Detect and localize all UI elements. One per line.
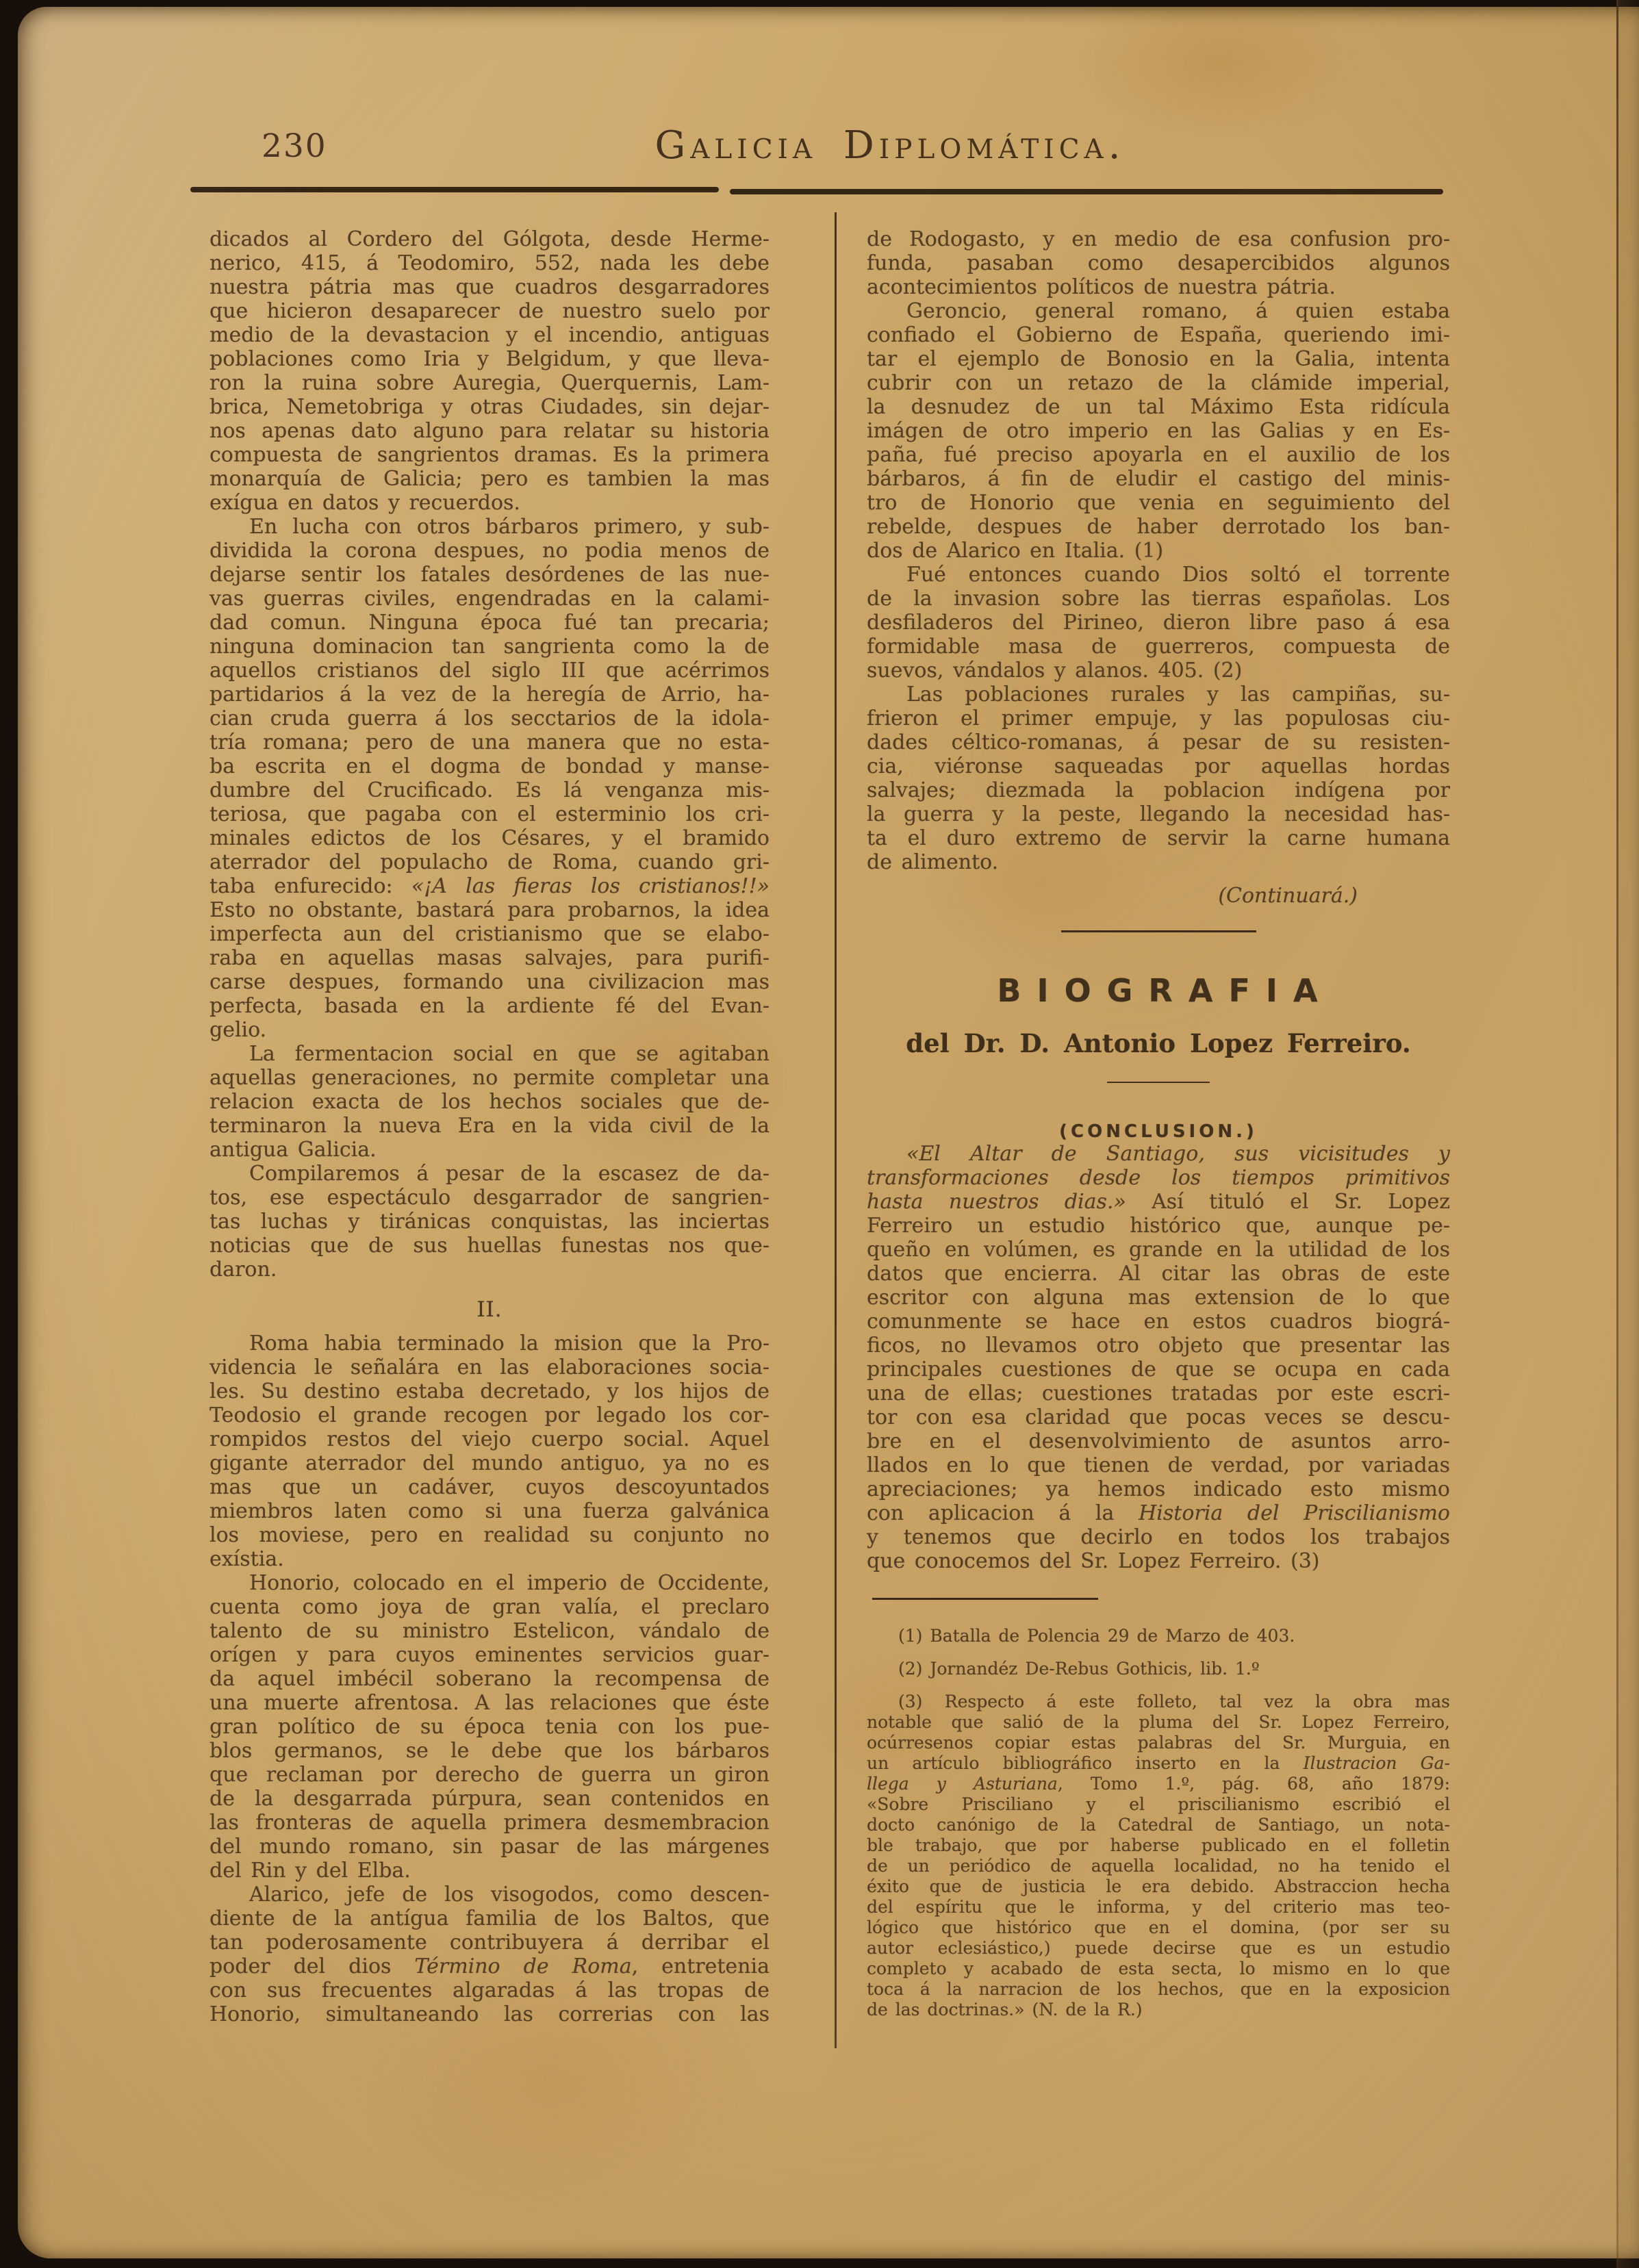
text-line: brica, Nemetobriga y otras Ciudades, sin… bbox=[209, 395, 770, 419]
text-line: del mundo romano, sin pasar de las márge… bbox=[209, 1835, 770, 1859]
text-line: de un periódico de aquella localidad, no… bbox=[867, 1856, 1450, 1876]
left-column: dicados al Cordero del Gólgota, desde He… bbox=[209, 227, 770, 2026]
article-subtitle: del Dr. D. Antonio Lopez Ferreiro. bbox=[867, 1028, 1450, 1058]
text-line: de las doctrinas.» (N. de la R.) bbox=[867, 2000, 1450, 2020]
text-line: tas luchas y tiránicas conquistas, las i… bbox=[209, 1210, 770, 1234]
text-line: nuestra pátria mas que cuadros desgarrad… bbox=[209, 275, 770, 299]
text-line: raba en aquellas masas salvajes, para pu… bbox=[209, 946, 770, 970]
subtitle-rule bbox=[1107, 1082, 1210, 1083]
text-line: monarquía de Galicia; pero es tambien la… bbox=[209, 467, 770, 491]
text-line: mas que un cadáver, cuyos descoyuntados bbox=[209, 1475, 770, 1499]
text-line: tos, ese espectáculo desgarrador de sang… bbox=[209, 1186, 770, 1210]
text-line: Honorio, simultaneando las correrias con… bbox=[209, 2002, 770, 2026]
text-line: bárbaros, á fin de eludir el castigo del… bbox=[867, 467, 1450, 491]
section-divider-rule bbox=[1061, 930, 1256, 932]
text-line: de la invasion sobre las tierras español… bbox=[867, 587, 1450, 611]
text-line: llados en lo que tienen de verdad, por v… bbox=[867, 1453, 1450, 1477]
text-line: ron la ruina sobre Auregia, Querquernis,… bbox=[209, 371, 770, 395]
text-line: imperfecta aun del cristianismo que se e… bbox=[209, 922, 770, 946]
text-line: (1) Batalla de Polencia 29 de Marzo de 4… bbox=[867, 1626, 1450, 1646]
text-line: nerico, 415, á Teodomiro, 552, nada les … bbox=[209, 251, 770, 275]
paragraph: Las poblaciones rurales y las campiñas, … bbox=[867, 683, 1450, 874]
text-line: que hicieron desaparecer de nuestro suel… bbox=[209, 299, 770, 323]
text-line: cubrir con un retazo de la clámide imper… bbox=[867, 371, 1450, 395]
text-line: suevos, vándalos y alanos. 405. (2) bbox=[867, 659, 1450, 683]
text-line: salvajes; diezmada la poblacion indígena… bbox=[867, 778, 1450, 802]
text-line: Roma habia terminado la mision que la Pr… bbox=[209, 1332, 770, 1355]
text-line: tría romana; pero de una manera que no e… bbox=[209, 730, 770, 754]
footnote-2: (2) Jornandéz De-Rebus Gothicis, lib. 1.… bbox=[867, 1659, 1450, 1679]
text-line: dos de Alarico en Italia. (1) bbox=[867, 539, 1450, 563]
text-line: exígua en datos y recuerdos. bbox=[209, 491, 770, 515]
text-line: completo y acabado de esta secta, lo mis… bbox=[867, 1959, 1450, 1979]
text-line: Geroncio, general romano, á quien estaba bbox=[867, 299, 1450, 323]
text-line: principales cuestiones de que se ocupa e… bbox=[867, 1358, 1450, 1381]
text-line: del Rin y del Elba. bbox=[209, 1859, 770, 1883]
text-line: de la desgarrada púrpura, sean contenido… bbox=[209, 1787, 770, 1811]
text-line: Alarico, jefe de los visogodos, como des… bbox=[209, 1883, 770, 1907]
text-line: poblaciones como Iria y Belgidum, y que … bbox=[209, 347, 770, 371]
text-line: dad comun. Ninguna época fué tan precari… bbox=[209, 611, 770, 635]
paragraph-continuation: de Rodogasto, y en medio de esa confusio… bbox=[867, 227, 1450, 299]
header-rule-left bbox=[190, 187, 719, 192]
text-line: lógico que histórico que en el domina, (… bbox=[867, 1917, 1450, 1938]
text-line: autor eclesiástico,) puede decirse que e… bbox=[867, 1938, 1450, 1959]
text-line: «El Altar de Santiago, sus vicisitudes y bbox=[867, 1142, 1450, 1166]
text-line: la guerra y la peste, llegando la necesi… bbox=[867, 802, 1450, 826]
text-line: miembros laten como si una fuerza galván… bbox=[209, 1499, 770, 1523]
text-line: Fué entonces cuando Dios soltó el torren… bbox=[867, 563, 1450, 587]
text-line: aterrador del populacho de Roma, cuando … bbox=[209, 850, 770, 874]
text-line: poder del dios Término de Roma, entreten… bbox=[209, 1954, 770, 1978]
text-line: dicados al Cordero del Gólgota, desde He… bbox=[209, 227, 770, 251]
text-line: ba escrita en el dogma de bondad y manse… bbox=[209, 754, 770, 778]
text-line: noticias que de sus huellas funestas nos… bbox=[209, 1234, 770, 1258]
text-line: videncia le señalára en las elaboracione… bbox=[209, 1355, 770, 1379]
text-line: datos que encierra. Al citar las obras d… bbox=[867, 1262, 1450, 1286]
text-line: aquellas generaciones, no permite comple… bbox=[209, 1066, 770, 1090]
text-line: relacion exacta de los hechos sociales q… bbox=[209, 1090, 770, 1114]
right-column: de Rodogasto, y en medio de esa confusio… bbox=[867, 227, 1450, 2020]
text-line: docto canónigo de la Catedral de Santiag… bbox=[867, 1815, 1450, 1835]
text-line: daron. bbox=[209, 1258, 770, 1282]
paragraph: Honorio, colocado en el imperio de Occid… bbox=[209, 1571, 770, 1883]
text-line: compuesta de sangrientos dramas. Es la p… bbox=[209, 443, 770, 467]
text-line: imágen de otro imperio en las Galias y e… bbox=[867, 419, 1450, 443]
text-line: funda, pasaban como desapercibidos algun… bbox=[867, 251, 1450, 275]
text-line: una de ellas; cuestiones tratadas por es… bbox=[867, 1381, 1450, 1405]
text-line: una muerte afrentosa. A las relaciones q… bbox=[209, 1691, 770, 1715]
text-line: cian cruda guerra á los secctarios de la… bbox=[209, 706, 770, 730]
text-line: que reclaman por derecho de guerra un gi… bbox=[209, 1763, 770, 1787]
text-line: acontecimientos políticos de nuestra pát… bbox=[867, 275, 1450, 299]
text-line: aquellos cristianos del siglo III que ac… bbox=[209, 659, 770, 683]
text-line: exístia. bbox=[209, 1547, 770, 1571]
text-line: (2) Jornandéz De-Rebus Gothicis, lib. 1.… bbox=[867, 1659, 1450, 1679]
text-line: partidarios á la vez de la heregía de Ar… bbox=[209, 683, 770, 706]
paragraph: Fué entonces cuando Dios soltó el torren… bbox=[867, 563, 1450, 683]
column-divider-rule bbox=[835, 212, 837, 2048]
text-line: (3) Respecto á este folleto, tal vez la … bbox=[867, 1692, 1450, 1712]
scanned-page: 230 Galicia Diplomática. dicados al Cord… bbox=[18, 7, 1639, 2258]
text-line: confiado el Gobierno de España, queriend… bbox=[867, 323, 1450, 347]
text-line: éxito que de justicia le era debido. Abs… bbox=[867, 1876, 1450, 1897]
text-line: En lucha con otros bárbaros primero, y s… bbox=[209, 515, 770, 539]
text-line: carse despues, formando una civilizacion… bbox=[209, 970, 770, 994]
journal-title: Galicia Diplomática. bbox=[305, 123, 1475, 168]
text-line: con aplicacion á la Historia del Priscil… bbox=[867, 1501, 1450, 1525]
text-line: escritor con alguna mas extension de lo … bbox=[867, 1286, 1450, 1310]
text-line: la desnudez de un tal Máximo Esta ridícu… bbox=[867, 395, 1450, 419]
text-line: dividida la corona despues, no podia men… bbox=[209, 539, 770, 563]
paragraph: «El Altar de Santiago, sus vicisitudes y… bbox=[867, 1142, 1450, 1573]
text-line: teriosa, que pagaba con el esterminio lo… bbox=[209, 802, 770, 826]
paragraph-continuation: dicados al Cordero del Gólgota, desde He… bbox=[209, 227, 770, 515]
text-line: ocúrresenos copiar estas palabras del Sr… bbox=[867, 1733, 1450, 1753]
paragraph: La fermentacion social en que se agitaba… bbox=[209, 1042, 770, 1162]
text-line: vas guerras civiles, engendradas en la c… bbox=[209, 587, 770, 611]
text-line: diente de la antígua familia de los Balt… bbox=[209, 1907, 770, 1931]
header-rule-right bbox=[730, 189, 1443, 194]
text-line: cuenta como joya de gran valía, el precl… bbox=[209, 1595, 770, 1619]
text-line: ficos, no llevamos otro objeto que prese… bbox=[867, 1334, 1450, 1358]
text-line: paña, fué preciso apoyarla en el auxilio… bbox=[867, 443, 1450, 467]
paragraph: Roma habia terminado la mision que la Pr… bbox=[209, 1332, 770, 1571]
paragraph: Geroncio, general romano, á quien estaba… bbox=[867, 299, 1450, 563]
text-line: gelio. bbox=[209, 1018, 770, 1042]
text-line: Ferreiro un estudio histórico que, aunqu… bbox=[867, 1214, 1450, 1238]
text-line: Esto no obstante, bastará para probarnos… bbox=[209, 898, 770, 922]
paragraph: Compilaremos á pesar de la escasez de da… bbox=[209, 1162, 770, 1282]
paragraph: En lucha con otros bárbaros primero, y s… bbox=[209, 515, 770, 1042]
paragraph: Alarico, jefe de los visogodos, como des… bbox=[209, 1883, 770, 2026]
text-line: dumbre del Crucificado. Es lá venganza m… bbox=[209, 778, 770, 802]
text-line: llega y Asturiana, Tomo 1.º, pág. 68, añ… bbox=[867, 1774, 1450, 1794]
text-line: queño en volúmen, es grande en la utilid… bbox=[867, 1238, 1450, 1262]
text-line: formidable masa de guerreros, compuesta … bbox=[867, 635, 1450, 659]
text-line: Las poblaciones rurales y las campiñas, … bbox=[867, 683, 1450, 706]
text-line: «Sobre Prisciliano y el priscilianismo e… bbox=[867, 1794, 1450, 1815]
text-line: con sus frecuentes algaradas á las tropa… bbox=[209, 1978, 770, 2002]
text-line: tor con esa claridad que pocas veces se … bbox=[867, 1405, 1450, 1429]
text-line: toca á la narracion de los hechos, que e… bbox=[867, 1979, 1450, 2000]
section-heading: II. bbox=[209, 1298, 770, 1322]
text-line: ta el duro extremo de servir la carne hu… bbox=[867, 826, 1450, 850]
text-line: desfiladeros del Pirineo, dieron libre p… bbox=[867, 611, 1450, 635]
text-line: antigua Galicia. bbox=[209, 1138, 770, 1162]
text-line: de Rodogasto, y en medio de esa confusio… bbox=[867, 227, 1450, 251]
text-line: tan poderosamente contribuyera á derriba… bbox=[209, 1931, 770, 1954]
text-line: terminaron la nueva Era en la vida civil… bbox=[209, 1114, 770, 1138]
text-line: y tenemos que decirlo en todos los traba… bbox=[867, 1525, 1450, 1549]
text-line: transformaciones desde los tiempos primi… bbox=[867, 1166, 1450, 1190]
footnote-1: (1) Batalla de Polencia 29 de Marzo de 4… bbox=[867, 1626, 1450, 1646]
text-line: del espíritu que le informa, y del crite… bbox=[867, 1897, 1450, 1917]
text-line: gigante aterrador del mundo antiguo, ya … bbox=[209, 1451, 770, 1475]
text-line: orígen y para cuyos eminentes servicios … bbox=[209, 1643, 770, 1667]
text-line: minales edictos de los Césares, y el bra… bbox=[209, 826, 770, 850]
footnote-3: (3) Respecto á este folleto, tal vez la … bbox=[867, 1692, 1450, 2020]
text-line: talento de su ministro Estelicon, vándal… bbox=[209, 1619, 770, 1643]
text-line: tro de Honorio que venia en seguimiento … bbox=[867, 491, 1450, 515]
footnote-rule bbox=[872, 1598, 1098, 1600]
text-line: un artículo bibliográfico inserto en la … bbox=[867, 1753, 1450, 1774]
text-line: las fronteras de aquella primera desmemb… bbox=[209, 1811, 770, 1835]
text-line: tar el ejemplo de Bonosio en la Galia, i… bbox=[867, 347, 1450, 371]
text-line: cia, viéronse saqueadas por aquellas hor… bbox=[867, 754, 1450, 778]
text-line: rompidos restos del viejo cuerpo social.… bbox=[209, 1427, 770, 1451]
text-line: frieron el primer empuje, y las populosa… bbox=[867, 706, 1450, 730]
text-line: bre en el desenvolvimiento de asuntos ar… bbox=[867, 1429, 1450, 1453]
text-line: de alimento. bbox=[867, 850, 1450, 874]
text-line: Teodosio el grande recogen por legado lo… bbox=[209, 1403, 770, 1427]
text-line: que conocemos del Sr. Lopez Ferreiro. (3… bbox=[867, 1549, 1450, 1573]
text-line: rebelde, despues de haber derrotado los … bbox=[867, 515, 1450, 539]
text-line: da aquel imbécil soberano la recompensa … bbox=[209, 1667, 770, 1691]
text-line: perfecta, basada en la ardiente fé del E… bbox=[209, 994, 770, 1018]
text-line: nos apenas dato alguno para relatar su h… bbox=[209, 419, 770, 443]
article-title: BIOGRAFIA bbox=[867, 972, 1450, 1009]
text-line: Honorio, colocado en el imperio de Occid… bbox=[209, 1571, 770, 1595]
text-line: gran político de su época tenia con los … bbox=[209, 1715, 770, 1739]
continuation-note: (Continuará.) bbox=[867, 882, 1450, 910]
text-line: medio de la devastacion y el incendio, a… bbox=[209, 323, 770, 347]
text-line: La fermentacion social en que se agitaba… bbox=[209, 1042, 770, 1066]
text-line: blos germanos, se le debe que los bárbar… bbox=[209, 1739, 770, 1763]
text-line: Compilaremos á pesar de la escasez de da… bbox=[209, 1162, 770, 1186]
text-line: ninguna dominacion tan sangrienta como l… bbox=[209, 635, 770, 659]
text-line: hasta nuestros dias.» Así tituló el Sr. … bbox=[867, 1190, 1450, 1214]
text-line: comunmente se hace en estos cuadros biog… bbox=[867, 1310, 1450, 1334]
conclusion-label: (CONCLUSION.) bbox=[867, 1121, 1450, 1142]
page-edge-shadow bbox=[1618, 0, 1639, 2268]
text-line: los moviese, pero en realidad su conjunt… bbox=[209, 1523, 770, 1547]
text-line: notable que salió de la pluma del Sr. Lo… bbox=[867, 1712, 1450, 1733]
text-line: dades céltico-romanas, á pesar de su res… bbox=[867, 730, 1450, 754]
text-line: ble trabajo, que por haberse publicado e… bbox=[867, 1835, 1450, 1856]
text-line: dejarse sentir los fatales desórdenes de… bbox=[209, 563, 770, 587]
text-line: taba enfurecido: «¡A las fieras los cris… bbox=[209, 874, 770, 898]
text-line: les. Su destino estaba decretado, y los … bbox=[209, 1379, 770, 1403]
text-line: apreciaciones; ya hemos indicado esto mi… bbox=[867, 1477, 1450, 1501]
